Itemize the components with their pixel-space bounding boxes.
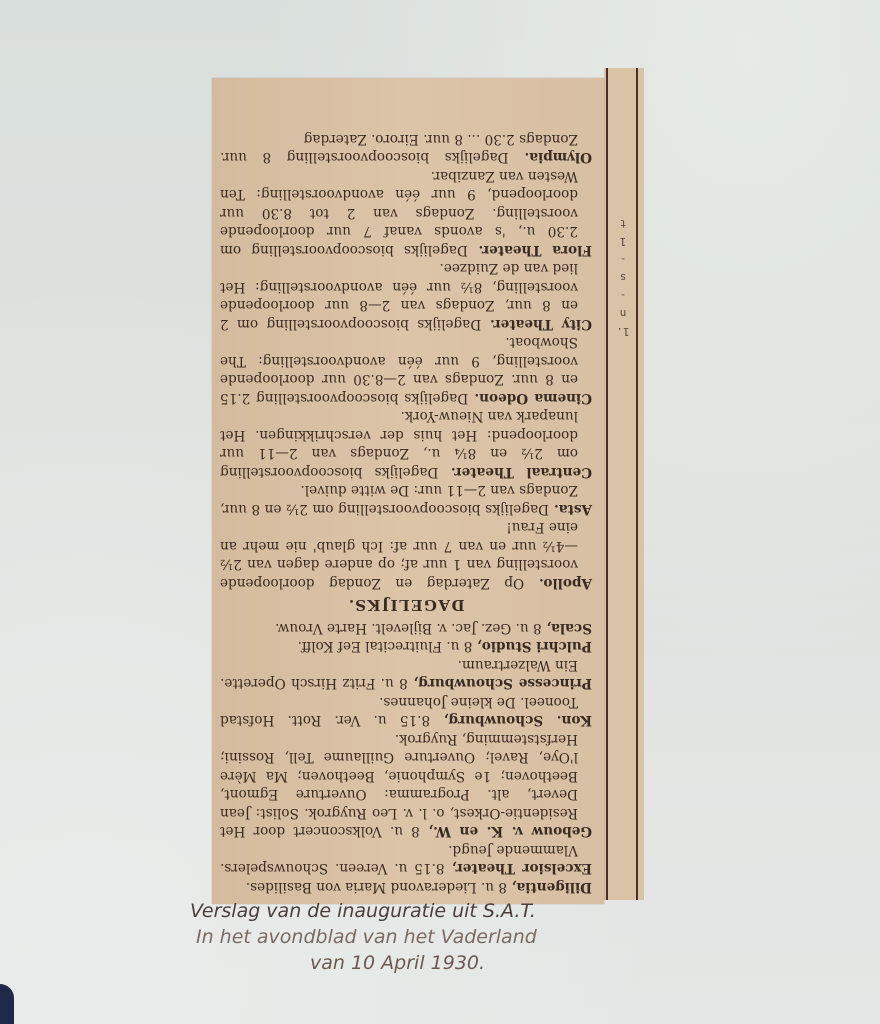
- margin-letters: 1. n - s - 1 t: [616, 214, 630, 340]
- listing-text: Dagelijks bioscoopvoorstelling om 2½ en …: [220, 483, 578, 518]
- binding-corner: [0, 984, 14, 1024]
- note-line-3: van 10 April 1930.: [310, 950, 710, 976]
- listing-entry: Kon. Schouwburg, 8.15 u. Ver. Rott. Hofs…: [220, 693, 592, 730]
- listing-entry: Olympia. Dagelijks bioscoopvoorstelling …: [220, 130, 592, 167]
- venue-name: Excelsior Theater,: [444, 861, 592, 877]
- venue-name: Princesse Schouwburg,: [408, 676, 592, 692]
- venue-name: Scala,: [542, 620, 592, 636]
- section-heading: DAGELIJKS.: [220, 596, 592, 615]
- venue-name: Asta.: [549, 501, 592, 517]
- listing-entry: Centraal Theater. Dagelijks bioscoopvoor…: [220, 407, 592, 481]
- listing-entry: Princesse Schouwburg, 8 u. Fritz Hirsch …: [220, 656, 592, 693]
- venue-name: Diligentia,: [507, 879, 592, 895]
- note-line-2: In het avondblad van het Vaderland: [196, 924, 710, 950]
- column-rule: [606, 68, 608, 900]
- listing-text: 8 u. Liederavond Maria von Basilides.: [246, 879, 507, 895]
- album-page: 1. n - s - 1 t Diligentia, 8 u. Liederav…: [0, 0, 880, 1024]
- listing-entry: Diligentia, 8 u. Liederavond Maria von B…: [220, 878, 592, 897]
- clipping-margin-strip: 1. n - s - 1 t: [604, 68, 644, 900]
- listings-daily: Apollo. Op Zaterdag en Zondag doorloopen…: [220, 130, 592, 593]
- listing-text: 8 u. Gez. Jac. v. Bijlevelt. Harte Vrouw…: [275, 620, 542, 636]
- venue-name: Cinema Odeon.: [468, 390, 592, 406]
- venue-name: Flora Theater.: [468, 242, 592, 258]
- listing-entry: Scala, 8 u. Gez. Jac. v. Bijlevelt. Hart…: [220, 619, 592, 638]
- note-line-1: Verslag van de inauguratie uit S.A.T.: [190, 898, 710, 924]
- venue-name: Pulchri Studio,: [472, 639, 592, 655]
- venue-name: Olympia.: [509, 150, 592, 166]
- venue-name: Gebouw v. K. en W.,: [420, 824, 592, 840]
- venue-name: Centraal Theater.: [438, 464, 592, 480]
- column-rule: [636, 68, 638, 900]
- listing-entry: Cinema Odeon. Dagelijks bioscoopvoorstel…: [220, 333, 592, 407]
- newspaper-clipping: 1. n - s - 1 t Diligentia, 8 u. Liederav…: [212, 68, 644, 904]
- listings-evening: Diligentia, 8 u. Liederavond Maria von B…: [220, 619, 592, 897]
- listing-entry: City Theater. Dagelijks bioscoopvoorstel…: [220, 259, 592, 333]
- venue-name: Kon. Schouwburg,: [430, 713, 592, 729]
- listing-entry: Pulchri Studio, 8 u. Fluitrecital Eef Ko…: [220, 637, 592, 656]
- listing-entry: Apollo. Op Zaterdag en Zondag doorloopen…: [220, 518, 592, 592]
- listing-entry: Gebouw v. K. en W., 8 u. Volksconcert do…: [220, 730, 592, 841]
- listing-entry: Flora Theater. Dagelijks bioscoopvoorste…: [220, 167, 592, 260]
- venue-name: Apollo.: [524, 575, 592, 591]
- listing-text: 8 u. Fluitrecital Eef Kolff.: [298, 639, 473, 655]
- listing-entry: Asta. Dagelijks bioscoopvoorstelling om …: [220, 481, 592, 518]
- clipping-text: Diligentia, 8 u. Liederavond Maria von B…: [220, 130, 592, 897]
- venue-name: City Theater.: [481, 316, 592, 332]
- handwritten-note: Verslag van de inauguratie uit S.A.T. In…: [190, 898, 710, 976]
- listing-entry: Excelsior Theater, 8.15 u. Vereen. Schou…: [220, 841, 592, 878]
